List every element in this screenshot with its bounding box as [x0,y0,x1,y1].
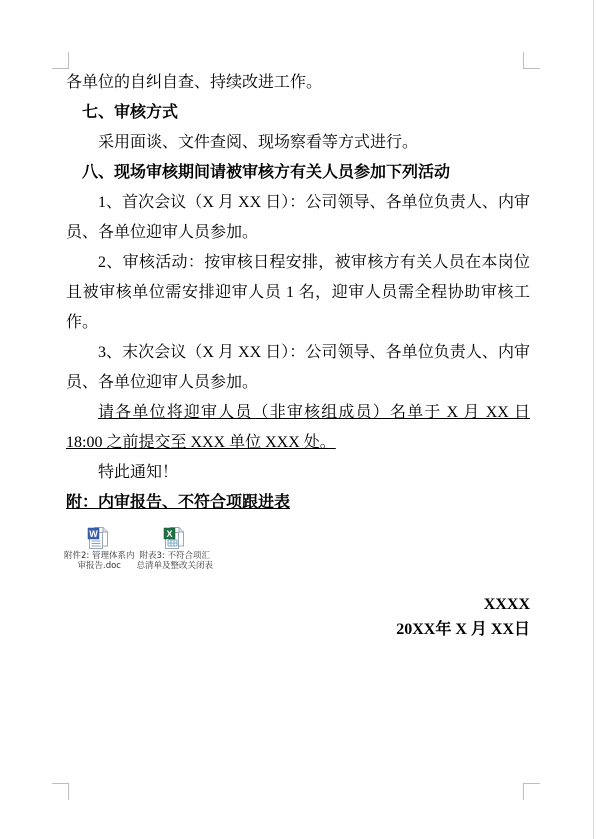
crop-mark-bottom-right [523,783,540,800]
signature-date: 20XX年 X 月 XX日 [66,617,530,642]
crop-mark-bottom-left [52,783,69,800]
page-edge-line [593,0,594,839]
heading-section-8: 八、现场审核期间请被审核方有关人员参加下列活动 [66,158,530,188]
signature-block: XXXX 20XX年 X 月 XX日 [66,592,530,642]
svg-text:W: W [89,529,98,539]
crop-mark-top-right [523,52,540,69]
attachment-heading: 附：内审报告、不符合项跟进表 [66,488,530,518]
list-item-first-meeting: 1、首次会议（X 月 XX 日）：公司领导、各单位负责人、内审员、各单位迎审人员… [66,188,530,248]
list-item-closing-meeting: 3、末次会议（X 月 XX 日）：公司领导、各单位负责人、内审员、各单位迎审人员… [66,338,530,398]
excel-file-icon: X [163,526,187,551]
attachment-word-label: 附件2: 管理体系内 审报告.doc [64,551,134,571]
document-content: 各单位的自纠自查、持续改进工作。 七、审核方式 采用面谈、文件查阅、现场察看等方… [66,68,530,642]
paragraph-audit-method: 采用面谈、文件查阅、现场察看等方式进行。 [66,128,530,158]
paragraph-closing: 特此通知！ [66,458,530,488]
list-item-audit-activity: 2、审核活动：按审核日程安排，被审核方有关人员在本岗位且被审核单位需安排迎审人员… [66,248,530,338]
paragraph-submission-deadline: 请各单位将迎审人员（非审核组成员）名单于 X 月 XX 日 18:00 之前提交… [66,398,530,458]
attachment-excel-label: 附表3: 不符合项汇 总清单及整改关闭表 [136,551,213,571]
attachments-row: W 附件2: 管理体系内 审报告.doc [63,526,530,571]
attachment-excel-list[interactable]: X 附表3: 不符合项汇 总清单及整改关闭表 [135,526,214,571]
attachment-word-report[interactable]: W 附件2: 管理体系内 审报告.doc [63,526,135,571]
word-file-icon: W [87,526,111,551]
paragraph-continuation: 各单位的自纠自查、持续改进工作。 [66,68,530,98]
heading-section-7: 七、审核方式 [66,98,530,128]
svg-text:X: X [166,529,172,539]
signature-name: XXXX [66,592,530,617]
crop-mark-top-left [52,52,69,69]
